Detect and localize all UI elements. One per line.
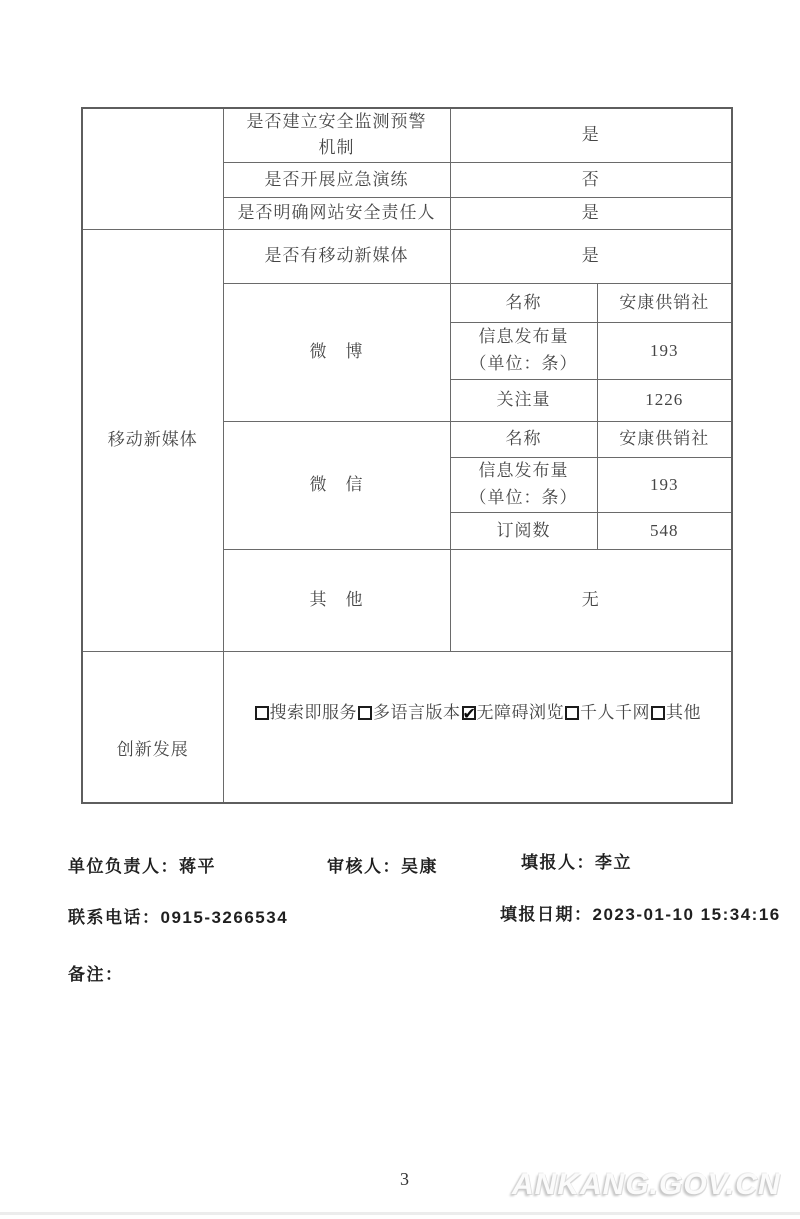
contact-phone-line: 联系电话：0915-3266534 (68, 903, 288, 928)
table-row: 创新发展 搜索即服务多语言版本无障碍浏览千人千网其他 (82, 651, 732, 803)
other-media-label: 其 他 (223, 549, 450, 651)
innovation-option-label: 其他 (666, 700, 701, 726)
weibo-posts-label: 信息发布量 （单位：条） (450, 322, 597, 379)
security-question-monitoring: 是否建立安全监测预警 机制 (223, 108, 450, 162)
table-row: 移动新媒体 是否有移动新媒体 是 (82, 229, 732, 283)
weibo-name-label: 名称 (450, 283, 597, 322)
other-media-value: 无 (450, 549, 732, 651)
innovation-category-label: 创新发展 (117, 737, 189, 763)
innovation-option-label: 无障碍浏览 (477, 700, 565, 726)
innovation-option-label: 多语言版本 (373, 700, 461, 726)
page-number: 3 (400, 1169, 409, 1190)
table-row: 是否建立安全监测预警 机制 是 (82, 108, 732, 162)
security-answer-monitoring: 是 (450, 108, 732, 162)
watermark: ANKANG.GOV.CN (512, 1168, 781, 1202)
report-table: 是否建立安全监测预警 机制 是 是否开展应急演练 否 是否明确网站安全责任人 是… (81, 107, 733, 804)
security-question-responsible: 是否明确网站安全责任人 (223, 197, 450, 229)
category-cell-blank (82, 108, 223, 229)
wechat-label-cell: 微 信 (223, 421, 450, 549)
innovation-checkbox-3 (565, 706, 579, 720)
page-bottom-edge (0, 1212, 800, 1215)
filler-line: 填报人：李立 (521, 848, 632, 873)
wechat-name-label: 名称 (450, 421, 597, 457)
innovation-options-cell: 搜索即服务多语言版本无障碍浏览千人千网其他 (223, 651, 732, 803)
report-table-container: 是否建立安全监测预警 机制 是 是否开展应急演练 否 是否明确网站安全责任人 是… (81, 107, 733, 804)
has-mobile-media-label: 是否有移动新媒体 (223, 229, 450, 283)
security-question-drill: 是否开展应急演练 (223, 162, 450, 197)
category-cell-mobile-media: 移动新媒体 (82, 229, 223, 651)
weibo-name-value: 安康供销社 (597, 283, 732, 322)
innovation-option-label: 千人千网 (580, 700, 650, 726)
innovation-checkbox-2 (462, 706, 476, 720)
category-cell-innovation: 创新发展 (82, 651, 223, 803)
innovation-checkbox-1 (358, 706, 372, 720)
innovation-options-row: 搜索即服务多语言版本无障碍浏览千人千网其他 (228, 700, 728, 726)
wechat-posts-label: 信息发布量 （单位：条） (450, 457, 597, 512)
wechat-posts-value: 193 (597, 457, 732, 512)
innovation-option-label: 搜索即服务 (270, 700, 358, 726)
remarks-line: 备注： (68, 960, 124, 985)
innovation-checkbox-4 (651, 706, 665, 720)
has-mobile-media-value: 是 (450, 229, 732, 283)
unit-head-line: 单位负责人：蒋平 (68, 852, 216, 877)
weibo-label-cell: 微 博 (223, 283, 450, 421)
reviewer-line: 审核人：吴康 (327, 852, 438, 877)
wechat-subscribers-label: 订阅数 (450, 512, 597, 549)
security-answer-drill: 否 (450, 162, 732, 197)
wechat-subscribers-value: 548 (597, 512, 732, 549)
security-answer-responsible: 是 (450, 197, 732, 229)
wechat-name-value: 安康供销社 (597, 421, 732, 457)
weibo-followers-value: 1226 (597, 379, 732, 421)
report-date-line: 填报日期：2023-01-10 15:34:16 (500, 900, 781, 925)
innovation-checkbox-0 (255, 706, 269, 720)
weibo-followers-label: 关注量 (450, 379, 597, 421)
weibo-posts-value: 193 (597, 322, 732, 379)
